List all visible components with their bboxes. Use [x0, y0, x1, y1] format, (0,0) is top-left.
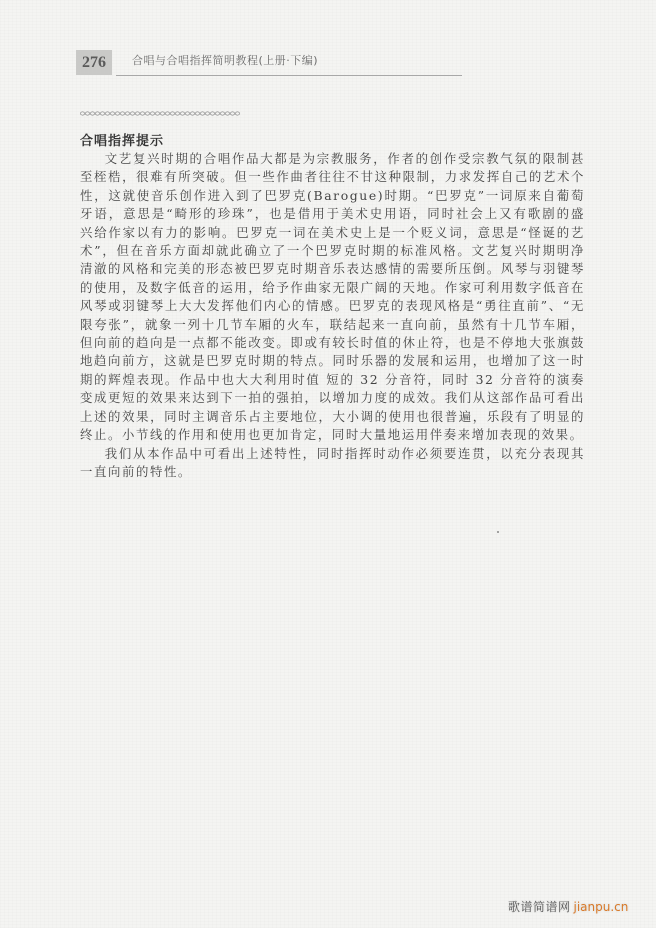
page-header: 276 合唱与合唱指挥简明教程(上册·下编)	[76, 50, 462, 76]
header-rule	[116, 75, 462, 76]
scan-speck	[497, 531, 499, 533]
paragraph: 文艺复兴时期的合唱作品大都是为宗教服务，作者的创作受宗教气氛的限制甚至桎梏，很难…	[80, 150, 585, 445]
watermark: 歌谱简谱网jianpu.cn	[508, 898, 628, 915]
watermark-site-name: 歌谱简谱网	[508, 900, 571, 914]
running-title: 合唱与合唱指挥简明教程(上册·下编)	[132, 52, 318, 70]
page-number: 276	[76, 50, 112, 75]
paragraph: 我们从本作品中可看出上述特性，同时指挥时动作必须要连贯，以充分表现其一直向前的特…	[80, 445, 585, 482]
wavy-ornament-divider	[80, 110, 240, 117]
section-title: 合唱指挥提示	[80, 130, 164, 149]
body-text: 文艺复兴时期的合唱作品大都是为宗教服务，作者的创作受宗教气氛的限制甚至桎梏，很难…	[80, 150, 585, 481]
watermark-url: jianpu.cn	[574, 900, 629, 914]
